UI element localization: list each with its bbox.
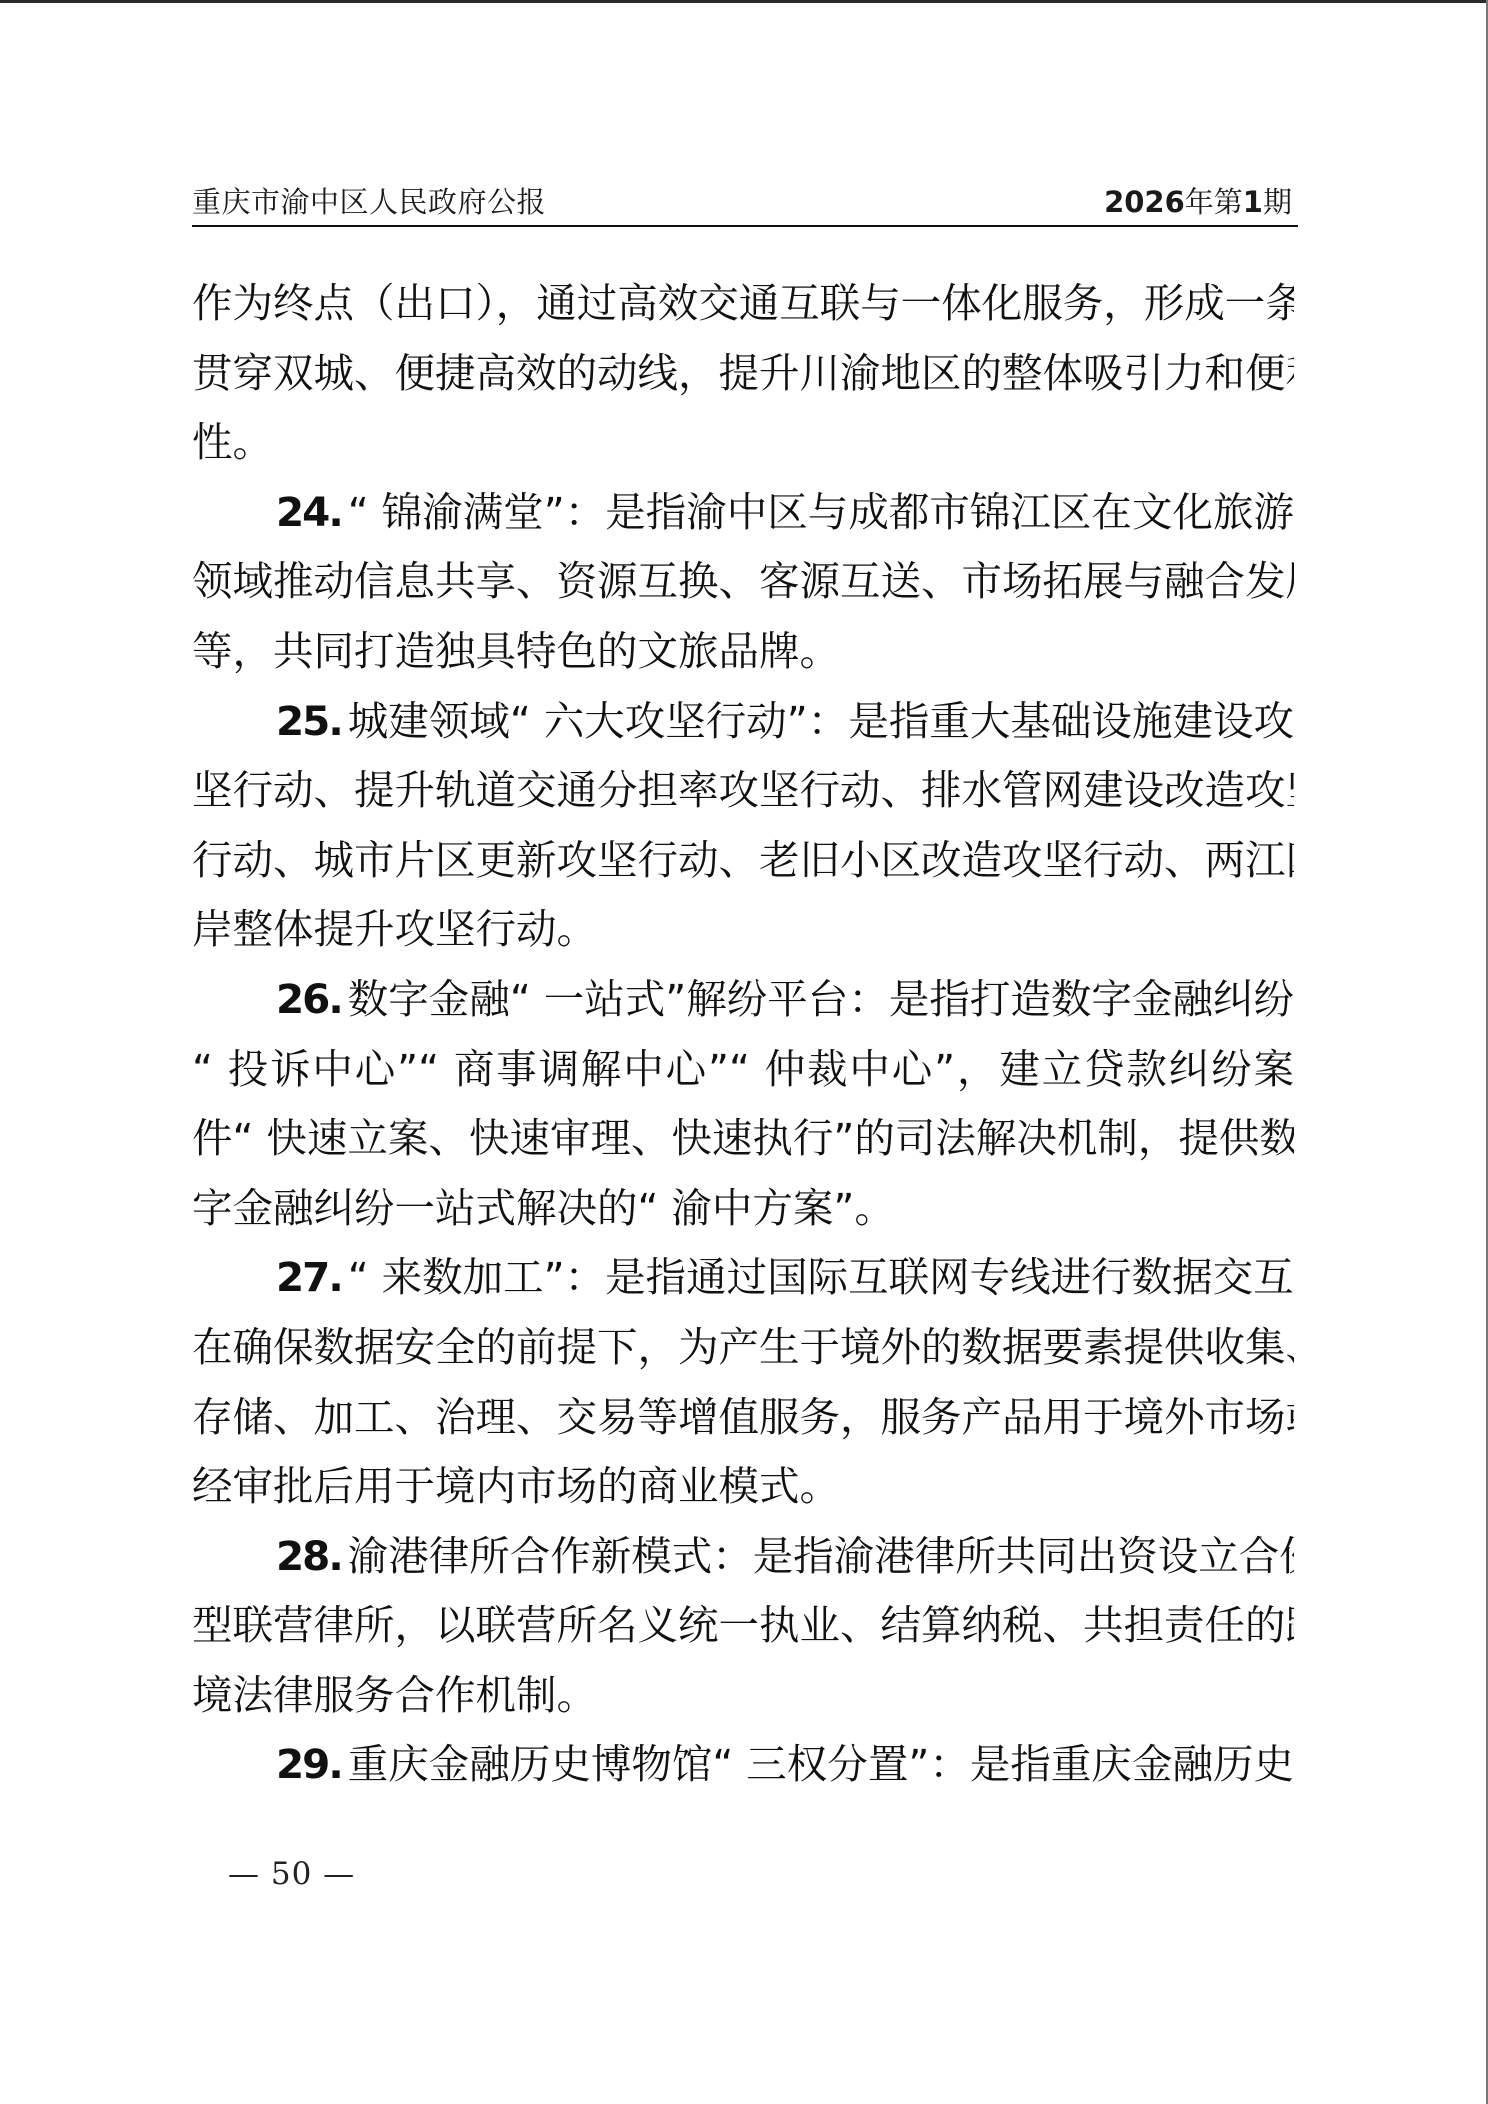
item-text: 数字金融“ 一站式”解纷平台：是指打造数字金融纠纷 — [348, 975, 1294, 1023]
text-line: 在确保数据安全的前提下，为产生于境外的数据要素提供收集、 — [192, 1319, 1294, 1389]
issue-year: 2026 — [1104, 185, 1185, 219]
text-line: 25.城建领域“ 六大攻坚行动”：是指重大基础设施建设攻 — [192, 693, 1294, 763]
text-line: 坚行动、提升轨道交通分担率攻坚行动、排水管网建设改造攻坚 — [192, 762, 1294, 832]
item-number: 26. — [276, 975, 342, 1023]
text-line: 29.重庆金融历史博物馆“ 三权分置”：是指重庆金融历史 — [192, 1736, 1294, 1806]
item-text: “ 锦渝满堂”：是指渝中区与成都市锦江区在文化旅游 — [348, 488, 1294, 536]
text-line: 字金融纠纷一站式解决的“ 渝中方案”。 — [192, 1180, 1294, 1250]
text-line: 性。 — [192, 414, 1294, 484]
text-line: 境法律服务合作机制。 — [192, 1667, 1294, 1737]
issue-year-suffix: 年第 — [1185, 185, 1243, 219]
text-line: 28.渝港律所合作新模式：是指渝港律所共同出资设立合伙 — [192, 1528, 1294, 1598]
text-line: 经审批后用于境内市场的商业模式。 — [192, 1458, 1294, 1528]
text-line: 27.“ 来数加工”：是指通过国际互联网专线进行数据交互， — [192, 1249, 1294, 1319]
item-text: 重庆金融历史博物馆“ 三权分置”：是指重庆金融历史 — [348, 1740, 1294, 1788]
definition-item-25: 25.城建领域“ 六大攻坚行动”：是指重大基础设施建设攻 坚行动、提升轨道交通分… — [192, 693, 1294, 971]
text-line: 领域推动信息共享、资源互换、客源互送、市场拓展与融合发展 — [192, 553, 1294, 623]
definition-item-27: 27.“ 来数加工”：是指通过国际互联网专线进行数据交互， 在确保数据安全的前提… — [192, 1249, 1294, 1527]
item-number: 24. — [276, 488, 342, 536]
text-line: 岸整体提升攻坚行动。 — [192, 901, 1294, 971]
text-line: “ 投诉中心”“ 商事调解中心”“ 仲裁中心”，建立贷款纠纷案 — [192, 1041, 1294, 1111]
text-line: 件“ 快速立案、快速审理、快速执行”的司法解决机制，提供数 — [192, 1110, 1294, 1180]
page-border-top — [0, 0, 1488, 3]
issue-label: 2026年第1期 — [1104, 180, 1292, 224]
item-number: 25. — [276, 697, 342, 745]
text-line: 型联营律所，以联营所名义统一执业、结算纳税、共担责任的跨 — [192, 1597, 1294, 1667]
item-text: “ 来数加工”：是指通过国际互联网专线进行数据交互， — [348, 1253, 1294, 1301]
definition-item-24: 24.“ 锦渝满堂”：是指渝中区与成都市锦江区在文化旅游 领域推动信息共享、资源… — [192, 484, 1294, 693]
definition-item-26: 26.数字金融“ 一站式”解纷平台：是指打造数字金融纠纷 “ 投诉中心”“ 商事… — [192, 971, 1294, 1249]
item-text: 城建领域“ 六大攻坚行动”：是指重大基础设施建设攻 — [348, 697, 1294, 745]
issue-number-suffix: 期 — [1263, 185, 1292, 219]
text-line: 存储、加工、治理、交易等增值服务，服务产品用于境外市场或 — [192, 1389, 1294, 1459]
item-text: 渝港律所合作新模式：是指渝港律所共同出资设立合伙 — [348, 1532, 1294, 1580]
item-number: 28. — [276, 1532, 342, 1580]
paragraph-continuation: 作为终点（出口），通过高效交通互联与一体化服务，形成一条 贯穿双城、便捷高效的动… — [192, 275, 1294, 484]
body-text: 作为终点（出口），通过高效交通互联与一体化服务，形成一条 贯穿双城、便捷高效的动… — [192, 275, 1294, 1806]
page-number: — 50 — — [228, 1856, 355, 1892]
item-number: 27. — [276, 1253, 342, 1301]
definition-item-29: 29.重庆金融历史博物馆“ 三权分置”：是指重庆金融历史 — [192, 1736, 1294, 1806]
definition-item-28: 28.渝港律所合作新模式：是指渝港律所共同出资设立合伙 型联营律所，以联营所名义… — [192, 1528, 1294, 1737]
running-header: 重庆市渝中区人民政府公报 2026年第1期 — [192, 180, 1298, 224]
text-line: 行动、城市片区更新攻坚行动、老旧小区改造攻坚行动、两江四 — [192, 832, 1294, 902]
text-line: 26.数字金融“ 一站式”解纷平台：是指打造数字金融纠纷 — [192, 971, 1294, 1041]
text-line: 作为终点（出口），通过高效交通互联与一体化服务，形成一条 — [192, 275, 1294, 345]
publication-title: 重庆市渝中区人民政府公报 — [192, 180, 546, 224]
issue-number: 1 — [1243, 185, 1263, 219]
text-line: 贯穿双城、便捷高效的动线，提升川渝地区的整体吸引力和便利 — [192, 345, 1294, 415]
item-number: 29. — [276, 1740, 342, 1788]
header-rule — [192, 225, 1298, 227]
text-line: 等，共同打造独具特色的文旅品牌。 — [192, 623, 1294, 693]
text-line: 24.“ 锦渝满堂”：是指渝中区与成都市锦江区在文化旅游 — [192, 484, 1294, 554]
